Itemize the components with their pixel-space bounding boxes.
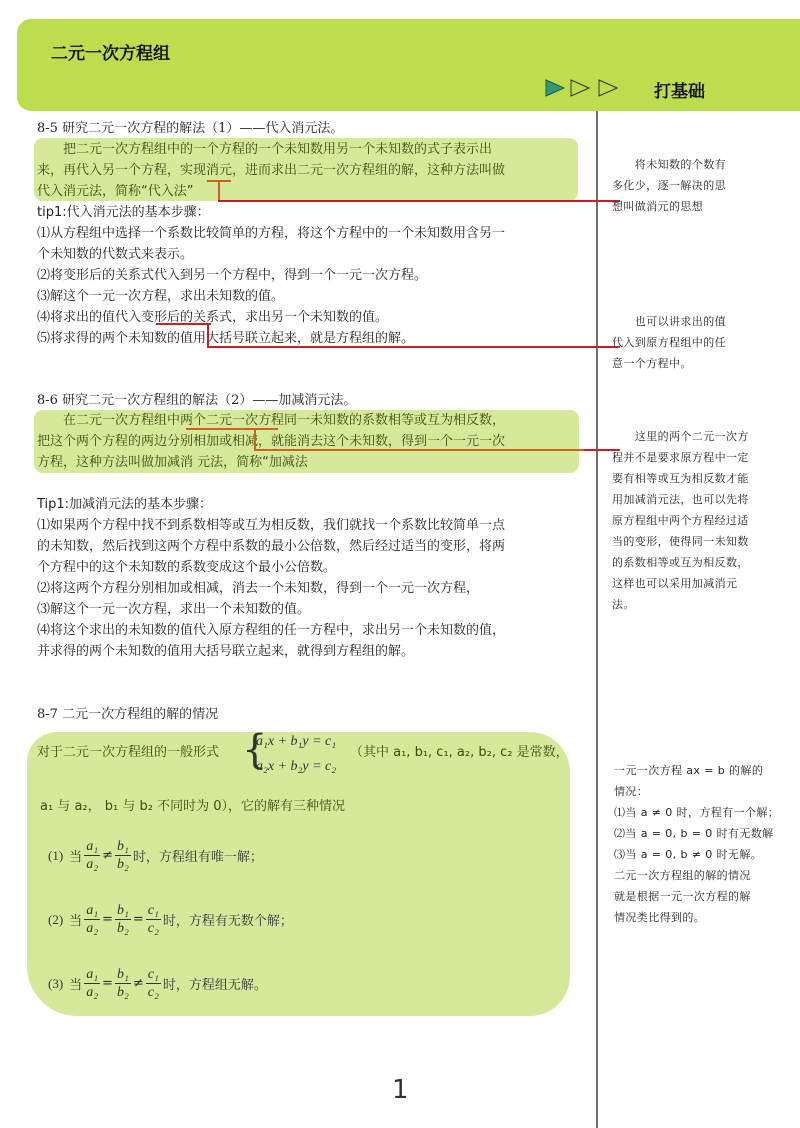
page-number: 1 (392, 1075, 409, 1105)
fraction-b: b₁b₂ (115, 966, 131, 1001)
margin-note-elimination-idea: 将未知数的个数有 多化少，逐一解决的思 想叫做消元的思想 (612, 154, 780, 217)
definition-line: 来，再代入另一个方程，实现消元，进而求出二元一次方程组的解，这种方法叫做 (37, 160, 505, 181)
step-line: ⑵将这两个方程分别相加或相减，消去一个未知数，得到一个一元一次方程， (37, 578, 479, 599)
solution-case-2: (2) 当 a₁a₂ = b₁b₂ = c₁c₂ 时，方程有无数个解； (48, 902, 293, 937)
margin-note-linear-equation-solutions: 一元一次方程 ax = b 的解的 情况： ⑴当 a ≠ 0 时，方程有一个解；… (614, 760, 782, 928)
step-line: ⑶解这个一元一次方程，求出一个未知数的值。 (37, 599, 310, 620)
annotation-leader-line (254, 449, 584, 451)
margin-divider (596, 111, 598, 1128)
progress-marker-outline-icon (598, 79, 618, 97)
tip-title: tip1:代入消元法的基本步骤： (37, 202, 210, 223)
step-line: 的未知数，然后找到这两个方程中系数的最小公倍数，然后经过适当的变形，将两 (37, 536, 505, 557)
fraction-b: b₁b₂ (115, 902, 131, 937)
equation-1: a₁x + b₁y = c₁ (256, 731, 336, 752)
section-title-8-7: 8-7 二元一次方程组的解的情况 (37, 704, 218, 725)
progress-marker-filled-icon (545, 79, 565, 97)
annotation-connector (218, 180, 220, 202)
equation-2: a₂x + b₂y = c₂ (256, 756, 336, 777)
step-line: ⑷将这个求出的未知数的值代入原方程组的任一方程中，求出另一个未知数的值， (37, 620, 505, 641)
chapter-header: 二元一次方程组 打基础 (17, 19, 800, 111)
step-line: ⑵将变形后的关系式代入到另一个方程中，得到一个一元一次方程。 (37, 265, 427, 286)
step-line: ⑴如果两个方程中找不到系数相等或互为相反数，我们就找一个系数比较简单一点 (37, 515, 505, 536)
fraction-c: c₁c₂ (146, 902, 161, 937)
section-title-8-5: 8-5 研究二元一次方程的解法（1）——代入消元法。 (37, 118, 343, 139)
general-form-condition: a₁ 与 a₂， b₁ 与 b₂ 不同时为 0），它的解有三种情况 (40, 796, 345, 817)
tip-title: Tip1:加减消元法的基本步骤： (37, 494, 212, 515)
annotation-leader-line (207, 346, 620, 348)
general-form-intro: 对于二元一次方程组的一般形式 (37, 742, 219, 763)
annotation-underline (186, 428, 278, 430)
step-line: 个未知数的代数式来表示。 (37, 244, 193, 265)
annotation-underline (156, 323, 211, 325)
margin-note-substitute-any: 也可以讲求出的值 代入到原方程组中的任 意一个方程中。 (612, 311, 780, 374)
fraction-c: c₁c₂ (146, 966, 161, 1001)
section-label: 打基础 (654, 77, 705, 102)
step-line: ⑴从方程组中选择一个系数比较简单的方程，将这个方程中的一个未知数用含另一 (37, 223, 505, 244)
general-form-constants: （其中 a₁, b₁, c₁, a₂, b₂, c₂ 是常数， (350, 742, 569, 763)
margin-note-elimination-tip: 这里的两个二元一次方 程并不是要求原方程中一定 要有相等或互为相反数才能 用加减… (612, 426, 780, 615)
definition-line: 代入消元法，简称“代入法” (37, 181, 193, 202)
chapter-title: 二元一次方程组 (51, 39, 170, 64)
step-line: ⑷将求出的值代入变形后的关系式，求出另一个未知数的值。 (37, 307, 388, 328)
section-title-8-6: 8-6 研究二元一次方程组的解法（2）——加减消元法。 (37, 390, 356, 411)
annotation-leader-line (218, 200, 620, 202)
annotation-connector (254, 430, 256, 450)
solution-case-1: (1) 当 a₁a₂ ≠ b₁b₂ 时，方程组有唯一解； (48, 838, 263, 873)
step-line: 个方程中的这个未知数的系数变成这个最小公倍数。 (37, 557, 336, 578)
definition-line: 把二元一次方程组中的一个方程的一个未知数用另一个未知数的式子表示出 (37, 139, 492, 160)
fraction-a: a₁a₂ (84, 966, 100, 1001)
step-line: ⑶解这个一元一次方程，求出未知数的值。 (37, 286, 284, 307)
fraction-b: b₁b₂ (115, 838, 131, 873)
definition-line: 方程，这种方法叫做加减消 元法，简称“加减法 (37, 452, 308, 473)
progress-marker-outline-icon (570, 79, 590, 97)
fraction-a: a₁a₂ (84, 838, 100, 873)
fraction-a: a₁a₂ (84, 902, 100, 937)
step-line: 并求得的两个未知数的值用大括号联立起来，就得到方程组的解。 (37, 641, 414, 662)
solution-case-3: (3) 当 a₁a₂ = b₁b₂ ≠ c₁c₂ 时，方程组无解。 (48, 966, 267, 1001)
annotation-connector (207, 325, 209, 347)
